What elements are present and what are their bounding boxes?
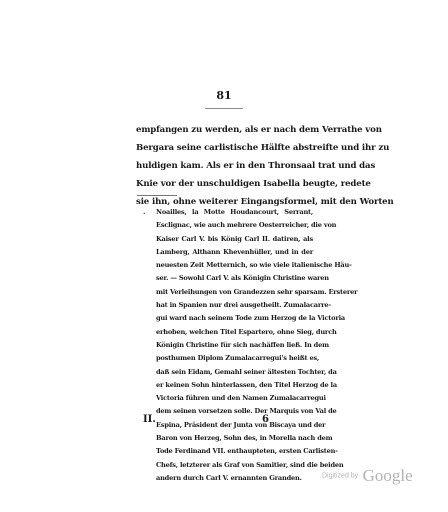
footnote-line: dem seinen vorsetzen solle. Der Marquis … xyxy=(156,405,313,418)
footnote-line: ser. — Sowohl Carl V. als Königin Christ… xyxy=(156,272,313,285)
footnote-line: mit Verleihungen von Grandezzen sehr spa… xyxy=(156,286,313,299)
footnote-line: andern durch Carl V. ernannten Granden. xyxy=(156,472,313,485)
footnote-line: Noailles, la Motte Houdancourt, Serrant, xyxy=(156,206,313,219)
main-text: empfangen zu werden, als er nach dem Ver… xyxy=(136,121,312,211)
header-rule xyxy=(205,108,243,109)
gathering-number: 6 xyxy=(262,414,269,425)
footnote-line: Kaiser Carl V. bis König Carl II. datire… xyxy=(156,233,313,246)
footnote-marker: · xyxy=(143,209,145,218)
footnote-line: hat in Spanien nur drei ausgetheilt. Zum… xyxy=(156,299,313,312)
footnote-line: posthumen Diplom Zumalacarregui's heißt … xyxy=(156,352,313,365)
footnote-line: er keinen Sohn hinterlassen, den Titel H… xyxy=(156,379,313,392)
page-number: 81 xyxy=(0,89,448,102)
footnote-line: Espina, Präsident der Junta von Biscaya … xyxy=(156,419,313,432)
footnote-line: Baron von Herzeg, Sohn des, in Morella n… xyxy=(156,432,313,445)
text-line: Bergara seine carlistische Hälfte abstre… xyxy=(136,139,312,157)
footnote-line: Lamberg, Althann Khevenhüller, und in de… xyxy=(156,246,313,259)
signature-mark: II. xyxy=(143,414,156,425)
text-line: huldigen kam. Als er in den Thronsaal tr… xyxy=(136,157,312,175)
footnote-line: Tode Ferdinand VII. enthaupteten, ersten… xyxy=(156,445,313,458)
digitized-watermark: Digitized by Google xyxy=(322,466,413,486)
footnote-line: daß sein Eidam, Gemahl seiner ältesten T… xyxy=(156,366,313,379)
text-line: Knie vor der unschuldigen Isabella beugt… xyxy=(136,175,312,193)
footnote-line: gui ward nach seinem Tode zum Herzog de … xyxy=(156,312,313,325)
footnote-line: Königin Christine für sich nachäffen lie… xyxy=(156,339,313,352)
text-line: empfangen zu werden, als er nach dem Ver… xyxy=(136,121,312,139)
watermark-prefix: Digitized by xyxy=(322,473,358,480)
footnote-line: Esclignac, wie auch mehrere Oesterreiche… xyxy=(156,219,313,232)
footnote-line: erhoben, welchen Titel Espartero, ohne S… xyxy=(156,326,313,339)
footnote: Noailles, la Motte Houdancourt, Serrant,… xyxy=(156,206,313,485)
footnote-line: Victoria führen und den Namen Zumalacarr… xyxy=(156,392,313,405)
footnote-line: neuesten Zeit Metternich, so wie viele i… xyxy=(156,259,313,272)
footnote-line: Chefs, letzterer als Graf von Samitier, … xyxy=(156,459,313,472)
footnote-rule xyxy=(137,195,177,196)
google-logo: Google xyxy=(363,466,413,485)
